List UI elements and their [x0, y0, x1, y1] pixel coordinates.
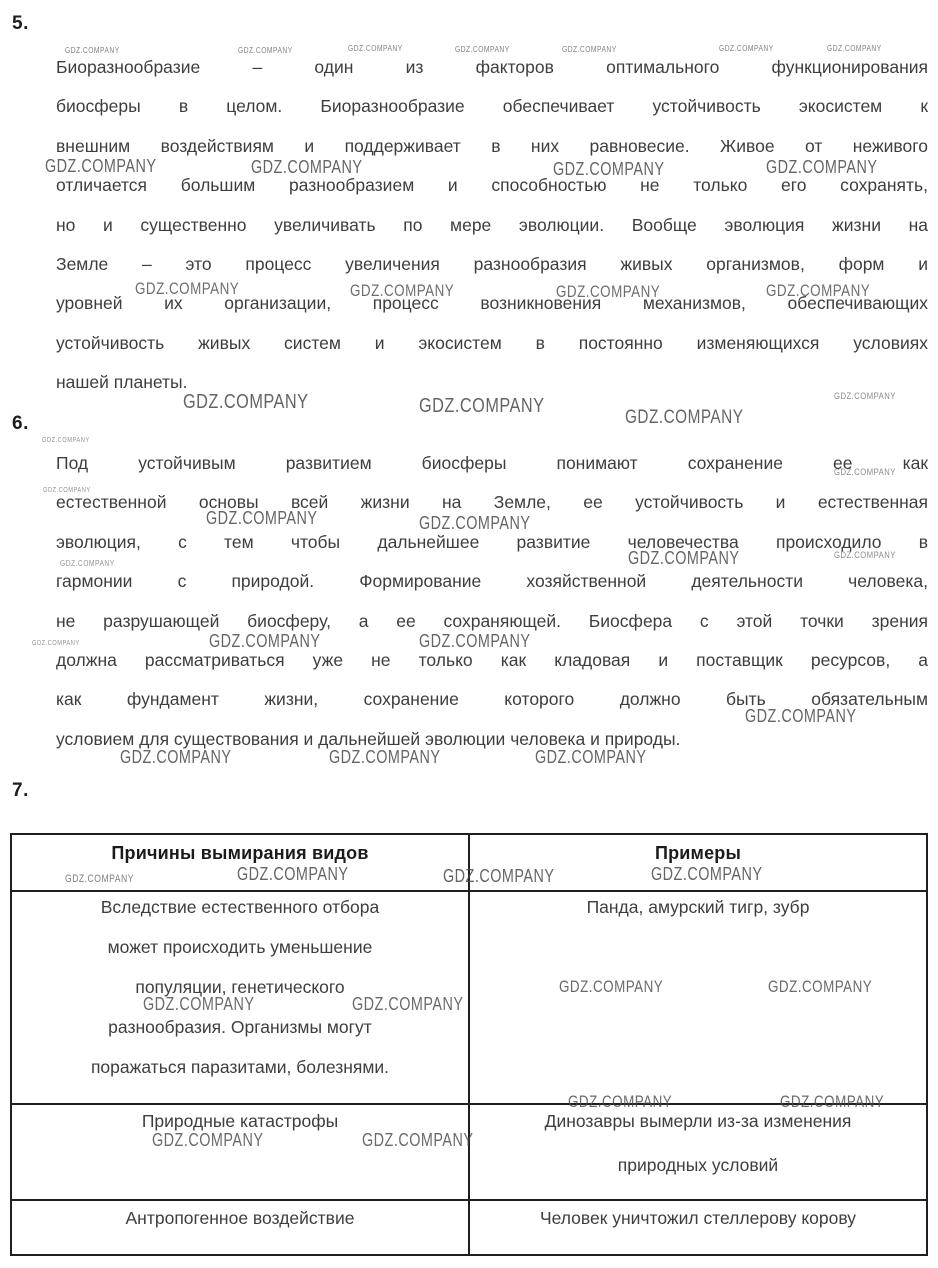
- answer-paragraph-5: Биоразнообразие – один из факторов оптим…: [56, 48, 928, 403]
- question-number-7: 7.: [12, 780, 29, 802]
- watermark-text: GDZ.COMPANY: [651, 864, 762, 885]
- text-line: устойчивость живых систем и экосистем в …: [56, 324, 928, 363]
- watermark-text: GDZ.COMPANY: [209, 631, 320, 652]
- question-number-5: 5.: [12, 13, 29, 35]
- table-cell-cause-2: Природные катастрофы: [12, 1105, 470, 1201]
- text-line: гармонии с природой. Формирование хозяйс…: [56, 562, 928, 601]
- watermark-text: GDZ.COMPANY: [745, 706, 856, 727]
- watermark-text: GDZ.COMPANY: [419, 513, 530, 534]
- table-cell-line: Динозавры вымерли из-за изменения: [470, 1111, 926, 1155]
- watermark-text: GDZ.COMPANY: [834, 467, 896, 478]
- text-line: но и существенно увеличивать по мере эво…: [56, 206, 928, 245]
- watermark-text: GDZ.COMPANY: [152, 1130, 263, 1151]
- watermark-text: GDZ.COMPANY: [60, 558, 115, 568]
- watermark-text: GDZ.COMPANY: [556, 282, 660, 302]
- watermark-text: GDZ.COMPANY: [32, 638, 80, 647]
- table-cell-example-3: Человек уничтожил стеллерову корову: [470, 1201, 926, 1254]
- text-line: биосферы в целом. Биоразнообразие обеспе…: [56, 87, 928, 126]
- table-cell-line: поражаться паразитами, болезнями.: [12, 1057, 468, 1097]
- watermark-text: GDZ.COMPANY: [348, 43, 403, 53]
- watermark-text: GDZ.COMPANY: [834, 391, 896, 402]
- watermark-text: GDZ.COMPANY: [352, 994, 463, 1015]
- watermark-text: GDZ.COMPANY: [120, 747, 231, 768]
- watermark-text: GDZ.COMPANY: [766, 157, 877, 178]
- table-cell-line: природных условий: [470, 1155, 926, 1199]
- watermark-text: GDZ.COMPANY: [329, 747, 440, 768]
- watermark-text: GDZ.COMPANY: [628, 548, 739, 569]
- table-cell-example-1: Панда, амурский тигр, зубр: [470, 892, 926, 1105]
- watermark-text: GDZ.COMPANY: [362, 1130, 473, 1151]
- text-line: Под устойчивым развитием биосферы понима…: [56, 444, 928, 483]
- watermark-text: GDZ.COMPANY: [559, 977, 663, 997]
- table-cell-line: может происходить уменьшение: [12, 937, 468, 977]
- watermark-text: GDZ.COMPANY: [65, 45, 120, 55]
- table-cell-line: разнообразия. Организмы могут: [12, 1017, 468, 1057]
- watermark-text: GDZ.COMPANY: [237, 864, 348, 885]
- document-page: 5. Биоразнообразие – один из факторов оп…: [0, 0, 938, 1268]
- watermark-text: GDZ.COMPANY: [625, 407, 743, 429]
- watermark-text: GDZ.COMPANY: [65, 873, 134, 885]
- watermark-text: GDZ.COMPANY: [834, 550, 896, 561]
- watermark-text: GDZ.COMPANY: [780, 1092, 884, 1112]
- watermark-text: GDZ.COMPANY: [419, 395, 545, 418]
- watermark-text: GDZ.COMPANY: [768, 977, 872, 997]
- watermark-text: GDZ.COMPANY: [443, 866, 554, 887]
- watermark-text: GDZ.COMPANY: [766, 281, 870, 301]
- watermark-text: GDZ.COMPANY: [143, 994, 254, 1015]
- table-cell-cause-3: Антропогенное воздействие: [12, 1201, 470, 1254]
- watermark-text: GDZ.COMPANY: [135, 279, 239, 299]
- watermark-text: GDZ.COMPANY: [206, 508, 317, 529]
- watermark-text: GDZ.COMPANY: [251, 157, 362, 178]
- watermark-text: GDZ.COMPANY: [535, 747, 646, 768]
- watermark-text: GDZ.COMPANY: [568, 1092, 672, 1112]
- watermark-text: GDZ.COMPANY: [350, 281, 454, 301]
- watermark-text: GDZ.COMPANY: [553, 159, 664, 180]
- watermark-text: GDZ.COMPANY: [455, 44, 510, 54]
- watermark-text: GDZ.COMPANY: [827, 43, 882, 53]
- watermark-text: GDZ.COMPANY: [43, 485, 91, 494]
- question-number-6: 6.: [12, 413, 29, 435]
- watermark-text: GDZ.COMPANY: [42, 435, 90, 444]
- table-cell-line: Антропогенное воздействие: [12, 1208, 468, 1229]
- table-cell-line: Панда, амурский тигр, зубр: [470, 897, 926, 937]
- watermark-text: GDZ.COMPANY: [719, 43, 774, 53]
- watermark-text: GDZ.COMPANY: [562, 44, 617, 54]
- watermark-text: GDZ.COMPANY: [183, 391, 309, 414]
- table-cell-line: Вследствие естественного отбора: [12, 897, 468, 937]
- watermark-text: GDZ.COMPANY: [45, 156, 156, 177]
- extinction-causes-table: Причины вымирания видов Примеры Вследств…: [10, 833, 928, 1256]
- table-cell-line: Человек уничтожил стеллерову корову: [470, 1208, 926, 1229]
- watermark-text: GDZ.COMPANY: [238, 45, 293, 55]
- watermark-text: GDZ.COMPANY: [419, 631, 530, 652]
- table-cell-example-2: Динозавры вымерли из-за измененияприродн…: [470, 1105, 926, 1201]
